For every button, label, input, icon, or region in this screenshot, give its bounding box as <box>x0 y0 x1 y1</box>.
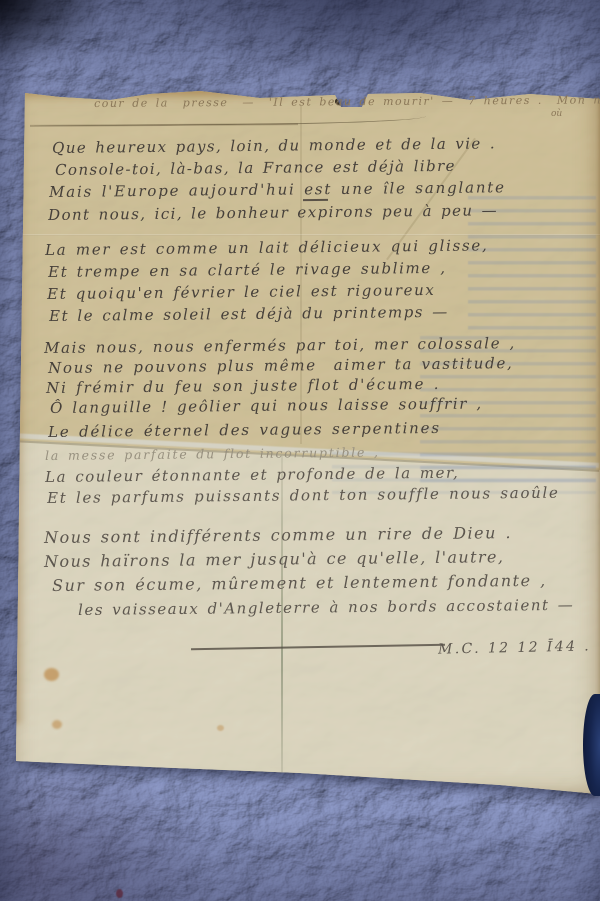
navy-object-right-edge <box>583 694 600 796</box>
poem-line: Ô languille ! geôlier qui nous laisse so… <box>50 394 483 417</box>
poem-line: les vaisseaux d'Angleterre à nos bords a… <box>78 596 574 619</box>
poem-line: Mais nous, nous enfermés par toi, mer co… <box>44 334 516 357</box>
poem-line: Et trempe en sa clarté le rivage sublime… <box>48 259 447 281</box>
header-annotation-small: où <box>551 109 562 119</box>
photo-of-manuscript: cour de la presse — 'Il est beau de mour… <box>0 0 600 901</box>
header-underline-2 <box>30 123 298 127</box>
poem-line: Sur son écume, mûrement et lentement fon… <box>52 571 547 595</box>
signature-date: M.C. 12 12 Ī44 . <box>438 638 591 657</box>
poem-line: Le délice éternel des vagues serpentines <box>48 419 441 441</box>
poem-line: Mais l'Europe aujourd'hui est une île sa… <box>49 178 506 201</box>
handwriting-layer: cour de la presse — 'Il est beau de mour… <box>0 0 600 901</box>
poem-line: Et les parfums puissants dont ton souffl… <box>47 484 560 507</box>
poem-line: La mer est comme un lait délicieux qui g… <box>45 236 489 259</box>
header-underline-1 <box>34 116 426 126</box>
poem-line: Que heureux pays, loin, du monde et de l… <box>52 134 496 157</box>
poem-line: la messe parfaite du flot incorruptible … <box>45 444 380 463</box>
signature-rule <box>191 644 445 650</box>
poem-line: Ni frémir du feu son juste flot d'écume … <box>46 375 440 397</box>
poem-line: Nous sont indifférents comme un rire de … <box>44 523 512 547</box>
poem-line: Et le calme soleil est déjà du printemps… <box>49 303 449 325</box>
poem-line: La couleur étonnante et profonde de la m… <box>45 464 459 486</box>
header-annotation: cour de la presse — 'Il est beau de mour… <box>94 93 600 110</box>
ile-word-underline <box>303 199 328 201</box>
poem-line: Console-toi, là-bas, la France est déjà … <box>55 157 456 179</box>
poem-line: Dont nous, ici, le bonheur expirons peu … <box>48 201 498 224</box>
poem-line: Et quoiqu'en février le ciel est rigoure… <box>47 281 435 303</box>
poem-line: Nous haïrons la mer jusqu'à ce qu'elle, … <box>44 547 504 571</box>
poem-line: Nous ne pouvons plus même aimer ta vasti… <box>48 354 514 377</box>
